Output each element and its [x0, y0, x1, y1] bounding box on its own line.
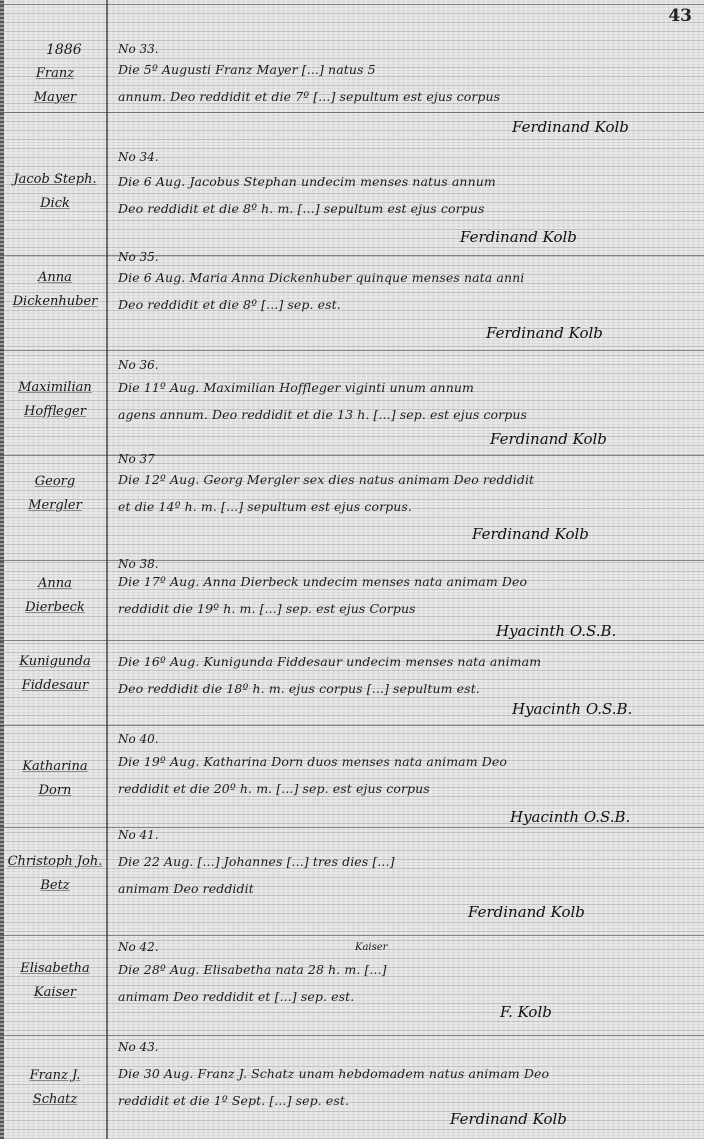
entry-divider: [0, 455, 704, 456]
margin-name-line: Dick: [6, 192, 104, 216]
entry-number: No 40.: [118, 732, 159, 746]
margin-name-line: Maximilian: [6, 376, 104, 400]
entry-line: Die 22 Aug. [...] Johannes [...] tres di…: [118, 848, 686, 875]
entry-line: Die 17º Aug. Anna Dierbeck undecim mense…: [118, 568, 686, 595]
margin-name-line: Dickenhuber: [6, 290, 104, 314]
entry-line: Die 30 Aug. Franz J. Schatz unam hebdoma…: [118, 1060, 686, 1087]
entry-divider: [0, 112, 704, 113]
entry-number: No 41.: [118, 828, 159, 842]
priest-signature: F. Kolb: [500, 1003, 552, 1021]
register-year: 1886: [46, 42, 82, 58]
entry-line: Die 11º Aug. Maximilian Hoffleger vigint…: [118, 374, 686, 401]
entry-text: Die 28º Aug. Elisabetha nata 28 h. m. [.…: [118, 956, 686, 1010]
entry-line: reddidit die 19º h. m. [...] sep. est ej…: [118, 595, 686, 622]
entry-number: No 43.: [118, 1040, 159, 1054]
entry-text: Die 11º Aug. Maximilian Hoffleger vigint…: [118, 374, 686, 428]
margin-name-line: Schatz: [6, 1088, 104, 1112]
entry-divider: [0, 255, 704, 256]
priest-signature: Hyacinth O.S.B.: [496, 622, 616, 640]
entry-text: Die 22 Aug. [...] Johannes [...] tres di…: [118, 848, 686, 902]
margin-name: KunigundaFiddesaur: [6, 650, 104, 698]
entry-line: animam Deo reddidit et [...] sep. est.: [118, 983, 686, 1010]
entry-number: No 42.: [118, 940, 159, 954]
priest-signature: Hyacinth O.S.B.: [512, 700, 632, 718]
priest-signature: Ferdinand Kolb: [512, 118, 629, 136]
entry-line: annum. Deo reddidit et die 7º [...] sepu…: [118, 83, 686, 110]
entry-number: No 33.: [118, 42, 159, 56]
priest-signature: Ferdinand Kolb: [486, 324, 603, 342]
margin-rule: [106, 0, 108, 1139]
margin-name-line: Elisabetha: [6, 957, 104, 981]
margin-name: Jacob Steph.Dick: [6, 168, 104, 216]
entry-text: Die 19º Aug. Katharina Dorn duos menses …: [118, 748, 686, 802]
entry-line: Die 5º Augusti Franz Mayer [...] natus 5: [118, 56, 686, 83]
margin-name-line: Mergler: [6, 494, 104, 518]
entry-text: Die 12º Aug. Georg Mergler sex dies natu…: [118, 466, 686, 520]
entry-divider: [0, 725, 704, 726]
register-page: 43 1886 FranzMayerNo 33.Die 5º Augusti F…: [0, 0, 704, 1139]
entry-line: agens annum. Deo reddidit et die 13 h. […: [118, 401, 686, 428]
entry-line: Deo reddidit die 18º h. m. ejus corpus […: [118, 675, 686, 702]
margin-name-line: Hoffleger: [6, 400, 104, 424]
entry-line: Die 16º Aug. Kunigunda Fiddesaur undecim…: [118, 648, 686, 675]
margin-name-line: Franz: [6, 62, 104, 86]
entry-line: Deo reddidit et die 8º [...] sep. est.: [118, 291, 686, 318]
priest-signature: Ferdinand Kolb: [468, 903, 585, 921]
margin-name: FranzMayer: [6, 62, 104, 110]
margin-name-line: Kunigunda: [6, 650, 104, 674]
margin-name-line: Georg: [6, 470, 104, 494]
margin-name: KatharinaDorn: [6, 755, 104, 803]
entry-divider: [0, 350, 704, 351]
margin-name: AnnaDickenhuber: [6, 266, 104, 314]
entry-number: No 34.: [118, 150, 159, 164]
entry-text: Die 5º Augusti Franz Mayer [...] natus 5…: [118, 56, 686, 110]
margin-name-line: Franz J.: [6, 1064, 104, 1088]
entry-divider: [0, 1035, 704, 1036]
priest-signature: Ferdinand Kolb: [450, 1110, 567, 1128]
margin-name: AnnaDierbeck: [6, 572, 104, 620]
entry-divider: [0, 827, 704, 828]
margin-name: Franz J.Schatz: [6, 1064, 104, 1112]
entry-line: Deo reddidit et die 8º h. m. [...] sepul…: [118, 195, 686, 222]
entry-text: Die 6 Aug. Maria Anna Dickenhuber quinqu…: [118, 264, 686, 318]
margin-name-line: Dierbeck: [6, 596, 104, 620]
entry-text: Die 17º Aug. Anna Dierbeck undecim mense…: [118, 568, 686, 622]
margin-name-line: Kaiser: [6, 981, 104, 1005]
entry-line: reddidit et die 1º Sept. [...] sep. est.: [118, 1087, 686, 1114]
entry-line: Die 6 Aug. Jacobus Stephan undecim mense…: [118, 168, 686, 195]
entry-number: No 36.: [118, 358, 159, 372]
entry-divider: [0, 640, 704, 641]
margin-name-line: Mayer: [6, 86, 104, 110]
priest-signature: Ferdinand Kolb: [460, 228, 577, 246]
margin-name: ElisabethaKaiser: [6, 957, 104, 1005]
margin-name-line: Jacob Steph.: [6, 168, 104, 192]
entry-line: Die 28º Aug. Elisabetha nata 28 h. m. [.…: [118, 956, 686, 983]
entry-line: animam Deo reddidit: [118, 875, 686, 902]
entry-line: Die 12º Aug. Georg Mergler sex dies natu…: [118, 466, 686, 493]
margin-name-line: Katharina: [6, 755, 104, 779]
margin-name-line: Christoph Joh.: [6, 850, 104, 874]
entry-line: et die 14º h. m. [...] sepultum est ejus…: [118, 493, 686, 520]
interlinear-insert: Kaiser: [355, 942, 387, 953]
margin-name-line: Betz: [6, 874, 104, 898]
entry-text: Die 30 Aug. Franz J. Schatz unam hebdoma…: [118, 1060, 686, 1114]
entry-line: reddidit et die 20º h. m. [...] sep. est…: [118, 775, 686, 802]
margin-name: MaximilianHoffleger: [6, 376, 104, 424]
margin-name: GeorgMergler: [6, 470, 104, 518]
entry-number: No 37: [118, 452, 155, 466]
margin-name-line: Dorn: [6, 779, 104, 803]
margin-name-line: Anna: [6, 572, 104, 596]
entry-text: Die 6 Aug. Jacobus Stephan undecim mense…: [118, 168, 686, 222]
priest-signature: Ferdinand Kolb: [490, 430, 607, 448]
binding-edge: [0, 0, 4, 1139]
entry-number: No 35.: [118, 250, 159, 264]
entry-divider: [0, 560, 704, 561]
priest-signature: Ferdinand Kolb: [472, 525, 589, 543]
entry-divider: [0, 935, 704, 936]
page-number: 43: [668, 6, 692, 26]
entry-line: Die 19º Aug. Katharina Dorn duos menses …: [118, 748, 686, 775]
margin-name: Christoph Joh.Betz: [6, 850, 104, 898]
margin-name-line: Anna: [6, 266, 104, 290]
margin-name-line: Fiddesaur: [6, 674, 104, 698]
entry-line: Die 6 Aug. Maria Anna Dickenhuber quinqu…: [118, 264, 686, 291]
priest-signature: Hyacinth O.S.B.: [510, 808, 630, 826]
entry-text: Die 16º Aug. Kunigunda Fiddesaur undecim…: [118, 648, 686, 702]
